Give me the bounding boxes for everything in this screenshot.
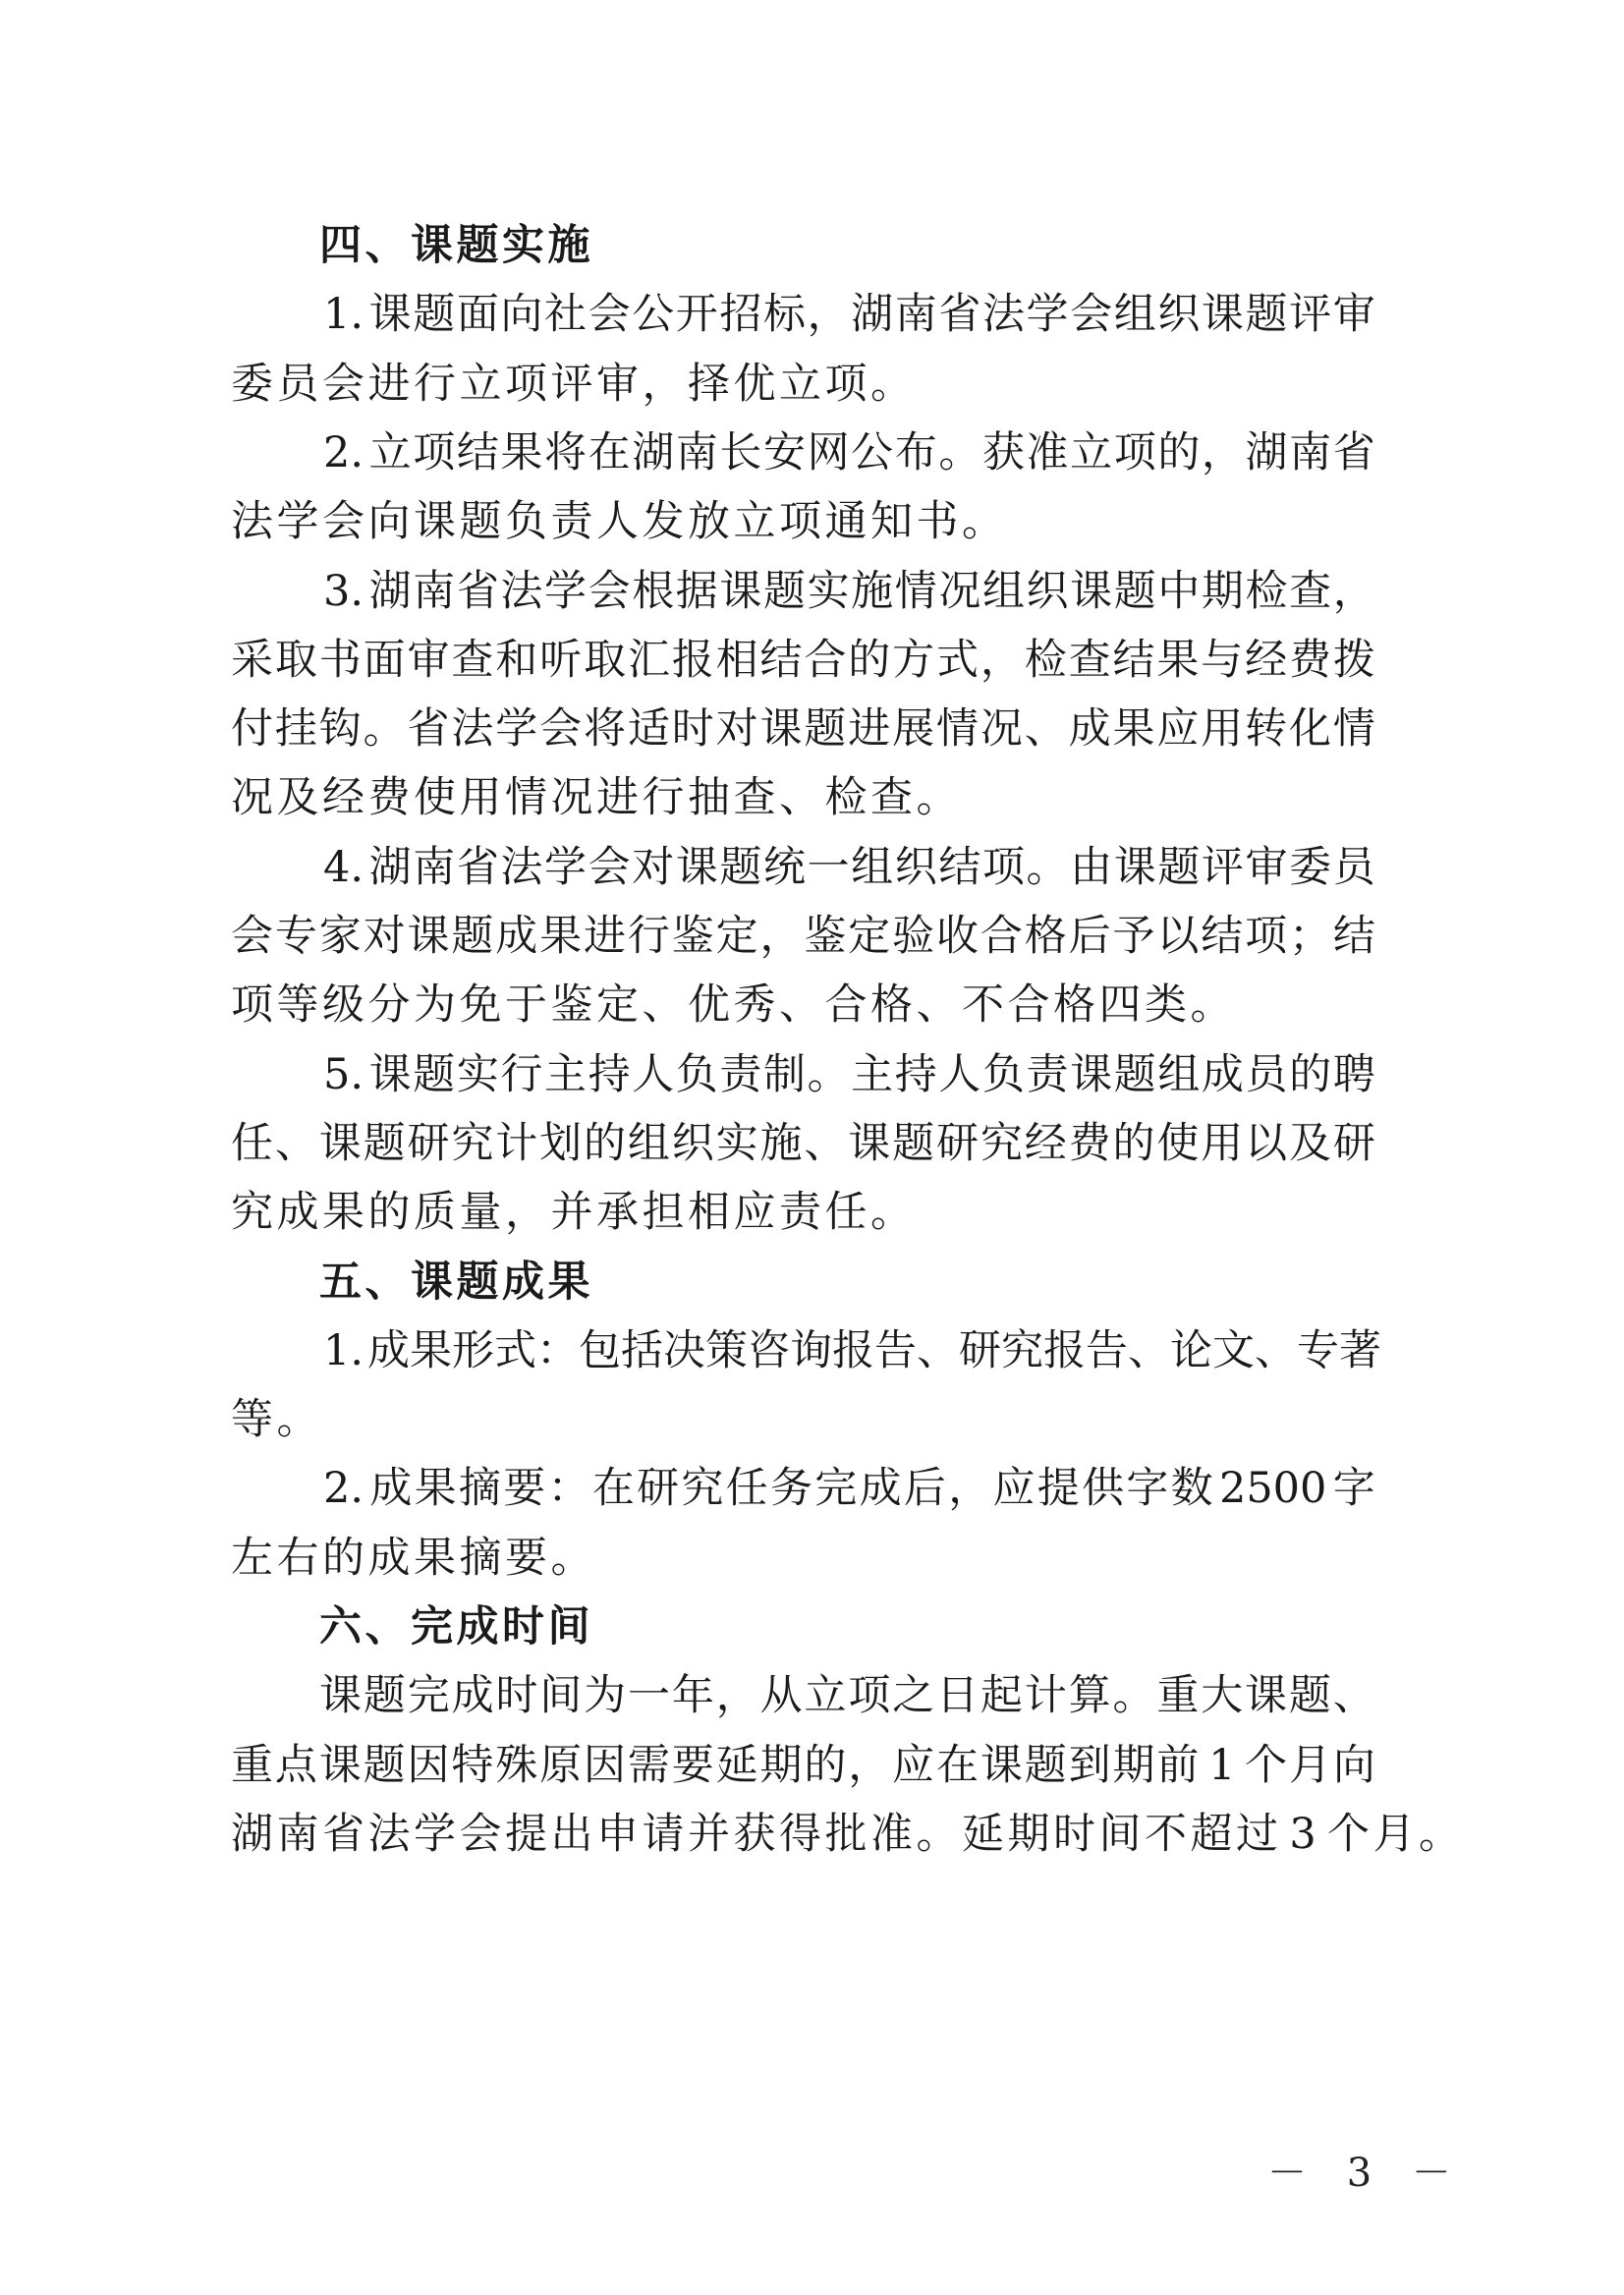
paragraph-line: 1.课题面向社会公开招标，湖南省法学会组织课题评审 bbox=[319, 285, 1375, 344]
paragraph-line: 会专家对课题成果进行鉴定，鉴定验收合格后予以结项；结 bbox=[231, 907, 1375, 966]
paragraph-line: 任、课题研究计划的组织实施、课题研究经费的使用以及研 bbox=[231, 1114, 1375, 1173]
paragraph-line: 2.成果摘要：在研究任务完成后，应提供字数2500字 bbox=[319, 1459, 1375, 1518]
paragraph-line: 重点课题因特殊原因需要延期的，应在课题到期前1个月向 bbox=[231, 1736, 1375, 1795]
paragraph-line: 况及经费使用情况进行抽查、检查。 bbox=[231, 768, 962, 827]
section-heading: 四、课题实施 bbox=[319, 216, 593, 275]
page-number: － 3 － bbox=[1267, 2142, 1465, 2198]
paragraph-line: 付挂钩。省法学会将适时对课题进展情况、成果应用转化情 bbox=[231, 700, 1375, 758]
paragraph-line: 采取书面审查和听取汇报相结合的方式，检查结果与经费拨 bbox=[231, 631, 1375, 690]
paragraph-line: 法学会向课题负责人发放立项通知书。 bbox=[231, 492, 1008, 551]
paragraph-line: 5.课题实行主持人负责制。主持人负责课题组成员的聘 bbox=[319, 1045, 1375, 1104]
paragraph-line: 委员会进行立项评审，择优立项。 bbox=[231, 355, 917, 414]
paragraph-line: 等。 bbox=[231, 1390, 322, 1449]
paragraph-line: 课题完成时间为一年，从立项之日起计算。重大课题、 bbox=[319, 1666, 1375, 1725]
paragraph-line: 左右的成果摘要。 bbox=[231, 1529, 596, 1588]
section-heading: 六、完成时间 bbox=[319, 1597, 593, 1656]
paragraph-line: 究成果的质量，并承担相应责任。 bbox=[231, 1183, 917, 1242]
paragraph-line: 1.成果形式：包括决策咨询报告、研究报告、论文、专著 bbox=[319, 1321, 1375, 1380]
paragraph-line: 4.湖南省法学会对课题统一组织结项。由课题评审委员 bbox=[319, 838, 1375, 897]
paragraph-line: 3.湖南省法学会根据课题实施情况组织课题中期检查， bbox=[319, 562, 1375, 621]
paragraph-line: 湖南省法学会提出申请并获得批准。延期时间不超过3个月。 bbox=[231, 1805, 1465, 1864]
section-heading: 五、课题成果 bbox=[319, 1253, 593, 1312]
paragraph-line: 2.立项结果将在湖南长安网公布。获准立项的，湖南省 bbox=[319, 423, 1375, 482]
paragraph-line: 项等级分为免于鉴定、优秀、合格、不合格四类。 bbox=[231, 976, 1236, 1035]
document-page: 四、课题实施1.课题面向社会公开招标，湖南省法学会组织课题评审委员会进行立项评审… bbox=[0, 0, 1624, 2295]
